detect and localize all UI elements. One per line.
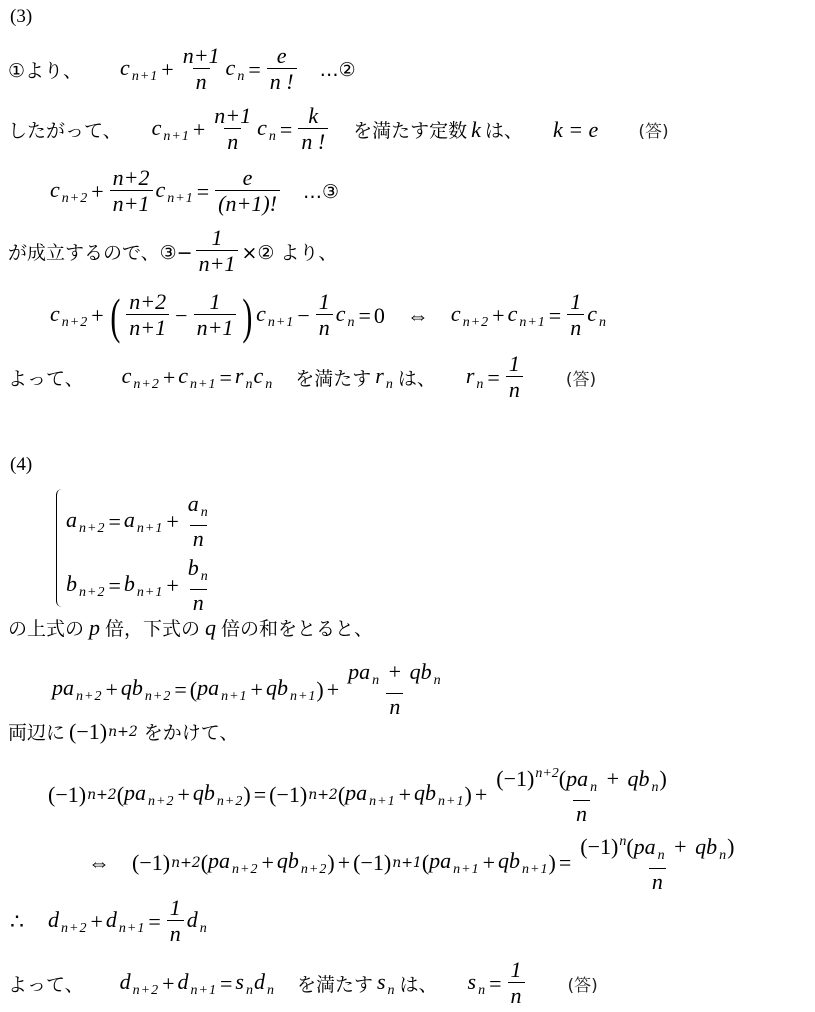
sum-suffix: 倍の和をとると、 (221, 614, 373, 641)
c-term: cn (253, 363, 273, 393)
fraction: ann (185, 492, 212, 552)
neg-one: (−1) (132, 850, 170, 876)
sum-mid: 倍，下式の (105, 614, 200, 641)
q-var: q (205, 615, 216, 641)
system-eq-b: bn+2 = bn+1 + bnn (66, 556, 215, 616)
answer-mark: (答) (638, 117, 668, 142)
plus-sign: + (91, 303, 103, 329)
equals-sign: = (248, 57, 260, 83)
c-term: cn+1 (178, 363, 216, 393)
fraction: e(n+1)! (215, 166, 280, 217)
eq-line-6: よって、 cn+2 + cn+1 = rn cn を満たす rn は、 rn =… (8, 352, 596, 403)
pa-term: pan+2 (52, 675, 102, 705)
minus-sign: − (175, 303, 187, 329)
qb-term: qbn+1 (414, 780, 464, 810)
answer-k: k = e (553, 117, 598, 143)
equals-sign: = (148, 909, 160, 935)
equals-sign: = (174, 677, 186, 703)
fraction: 1n (508, 958, 525, 1009)
answer-mark: (答) (566, 365, 596, 390)
s-term: sn (377, 969, 396, 999)
qb-term: qbn+2 (121, 675, 171, 705)
line6-middle: を満たす (295, 364, 371, 391)
line1-prefix: ①より、 (8, 56, 82, 83)
plus-sign: + (475, 782, 487, 808)
qb-term: qbn+2 (277, 848, 327, 878)
plus-sign: + (105, 677, 117, 703)
plus-sign: + (399, 782, 411, 808)
line4-suffix: ×② より、 (241, 238, 337, 265)
neg-one: (−1) (269, 782, 307, 808)
right-paren: ) (243, 291, 253, 341)
fraction: n+2n+1 (110, 166, 153, 217)
k-var: k (471, 117, 481, 143)
eq-line-3: cn+2 + n+2n+1 cn+1 = e(n+1)! …③ (50, 166, 339, 217)
c-term: cn (226, 55, 246, 85)
equals-sign: = (254, 782, 266, 808)
equals-sign: = (219, 365, 231, 391)
exponent: n+2 (308, 787, 338, 803)
line6-suffix: は、 (398, 364, 436, 391)
system-brace (56, 489, 65, 607)
sum-text-line: の上式の p 倍，下式の q 倍の和をとると、 (8, 614, 373, 641)
part3-label: (3) (10, 6, 32, 28)
plus-sign: + (166, 509, 178, 535)
plus-sign: + (262, 850, 274, 876)
line2-middle: を満たす定数 (353, 116, 467, 143)
plus-sign: + (327, 677, 339, 703)
plus-sign: + (251, 677, 263, 703)
equals-sign: = (549, 303, 561, 329)
eq-final: よって、 dn+2 + dn+1 = sn dn を満たす sn は、 sn =… (8, 958, 598, 1009)
equation-ref: …③ (303, 181, 339, 203)
plus-sign: + (161, 57, 173, 83)
neg-one: (−1) (69, 719, 107, 745)
iff-symbol: ⇔ (88, 850, 110, 876)
line2-prefix: したがって、 (8, 116, 122, 143)
therefore-symbol: ∴ (10, 909, 24, 935)
left-paren: ( (110, 291, 120, 341)
left-paren: ( (117, 782, 124, 808)
eq-therefore: ∴ dn+2 + dn+1 = 1n dn (10, 896, 208, 947)
fraction: n+2n+1 (126, 290, 169, 341)
plus-sign: + (338, 850, 350, 876)
final-middle: を満たす (297, 970, 373, 997)
equals-sign: = (280, 117, 292, 143)
fraction: (−1)n(pan + qbn)n (577, 830, 737, 895)
right-paren: ) (243, 782, 250, 808)
minus-sign: − (297, 303, 309, 329)
qb-term: qbn+1 (266, 675, 316, 705)
pa-term: pan+1 (197, 675, 247, 705)
fraction: n+1n (180, 44, 223, 95)
right-paren: ) (549, 850, 556, 876)
zero: 0 (374, 303, 385, 329)
eq-multiplied: (−1)n+2 ( pan+2 + qbn+2 ) = (−1)n+2 ( pa… (48, 762, 673, 827)
right-paren: ) (327, 850, 334, 876)
exponent: n+2 (108, 724, 138, 740)
b-term: bn+2 (66, 571, 105, 601)
plus-sign: + (166, 573, 178, 599)
fraction: bnn (185, 556, 212, 616)
qb-term: qbn+2 (193, 780, 243, 810)
d-term: dn (254, 969, 275, 999)
answer-mark: (答) (568, 971, 598, 996)
r-term: rn (466, 363, 485, 393)
pa-term: pan+2 (124, 780, 174, 810)
plus-sign: + (90, 909, 102, 935)
sum-text: の上式の (8, 614, 84, 641)
plus-sign: + (91, 179, 103, 205)
d-term: dn+2 (120, 969, 159, 999)
equals-sign: = (489, 971, 501, 997)
plus-sign: + (162, 971, 174, 997)
plus-sign: + (193, 117, 205, 143)
d-term: dn+1 (106, 907, 145, 937)
equation-ref: …② (320, 59, 356, 81)
eq-line-5: cn+2 + ( n+2n+1 − 1n+1 ) cn+1 − 1n cn = … (50, 290, 607, 341)
exponent: n+2 (87, 787, 117, 803)
c-term: cn+2 (50, 301, 88, 331)
part4-label: (4) (10, 454, 32, 476)
plus-sign: + (492, 303, 504, 329)
right-paren: ) (465, 782, 472, 808)
line6-prefix: よって、 (8, 364, 84, 391)
c-term: cn+2 (122, 363, 160, 393)
r-term: rn (235, 363, 254, 393)
c-term: cn+2 (50, 177, 88, 207)
neg-one: (−1) (353, 850, 391, 876)
line2-suffix: は、 (485, 116, 523, 143)
c-term: cn+1 (256, 301, 294, 331)
mult-prefix: 両辺に (8, 718, 65, 745)
b-term: bn+1 (124, 571, 163, 601)
plus-sign: + (483, 850, 495, 876)
mult-suffix: をかけて、 (144, 718, 239, 745)
fraction: 1n (567, 290, 584, 341)
equals-sign: = (559, 850, 571, 876)
fraction: 1n (316, 290, 333, 341)
eq-sum: pan+2 + qbn+2 = ( pan+1 + qbn+1 ) + pan … (52, 660, 448, 720)
final-prefix: よって、 (8, 970, 84, 997)
s-term: sn (235, 969, 254, 999)
qb-term: qbn+1 (498, 848, 548, 878)
equals-sign: = (108, 573, 120, 599)
line4-prefix: が成立するので、③− (8, 238, 193, 265)
fraction: n+1n (211, 104, 254, 155)
pa-term: pan+1 (429, 848, 479, 878)
fraction: (−1)n+2(pan + qbn)n (493, 762, 670, 827)
iff-symbol: ⇔ (407, 303, 429, 329)
neg-one: (−1) (48, 782, 86, 808)
c-term: cn (336, 301, 356, 331)
left-paren: ( (201, 850, 208, 876)
equals-sign: = (108, 509, 120, 535)
c-term: cn (257, 115, 277, 145)
d-term: dn+1 (178, 969, 217, 999)
system-eq-a: an+2 = an+1 + ann (66, 492, 215, 552)
a-term: an+2 (66, 507, 105, 537)
equals-sign: = (359, 303, 371, 329)
label-text: (3) (10, 6, 32, 28)
pa-term: pan+1 (345, 780, 395, 810)
c-term: cn (587, 301, 607, 331)
fraction: en ! (267, 44, 297, 95)
fraction: kn ! (298, 104, 328, 155)
r-term: rn (375, 363, 394, 393)
c-term: cn+1 (152, 115, 190, 145)
equals-sign: = (487, 365, 499, 391)
right-paren: ) (316, 677, 323, 703)
c-term: cn+1 (156, 177, 194, 207)
eq-line-2: したがって、 cn+1 + n+1n cn = kn ! を満たす定数 k は、… (8, 104, 669, 155)
fraction: 1n (167, 896, 184, 947)
eq-iff: ⇔ (−1)n+2 ( pan+2 + qbn+2 ) + (−1)n+1 ( … (88, 830, 740, 895)
pa-term: pan+2 (208, 848, 258, 878)
exponent: n+1 (392, 855, 422, 871)
eq-line-4: が成立するので、③− 1n+1 ×② より、 (8, 226, 337, 277)
c-term: cn+2 (451, 301, 489, 331)
equals-sign: = (197, 179, 209, 205)
fraction: 1n+1 (196, 226, 239, 277)
fraction: pan + qbnn (345, 660, 444, 720)
p-var: p (89, 615, 100, 641)
c-term: cn+1 (508, 301, 546, 331)
label-text: (4) (10, 454, 32, 476)
fraction: 1n+1 (194, 290, 237, 341)
equals-sign: = (220, 971, 232, 997)
plus-sign: + (163, 365, 175, 391)
d-term: dn+2 (48, 907, 87, 937)
plus-sign: + (178, 782, 190, 808)
fraction: 1n (506, 352, 523, 403)
c-term: cn+1 (120, 55, 158, 85)
s-term: sn (468, 969, 487, 999)
exponent: n+2 (171, 855, 201, 871)
final-suffix: は、 (400, 970, 438, 997)
a-term: an+1 (124, 507, 163, 537)
left-paren: ( (190, 677, 197, 703)
d-term: dn (187, 907, 208, 937)
multiply-text-line: 両辺に (−1) n+2 をかけて、 (8, 718, 238, 745)
eq-line-1: ①より、 cn+1 + n+1n cn = en ! …② (8, 44, 356, 95)
